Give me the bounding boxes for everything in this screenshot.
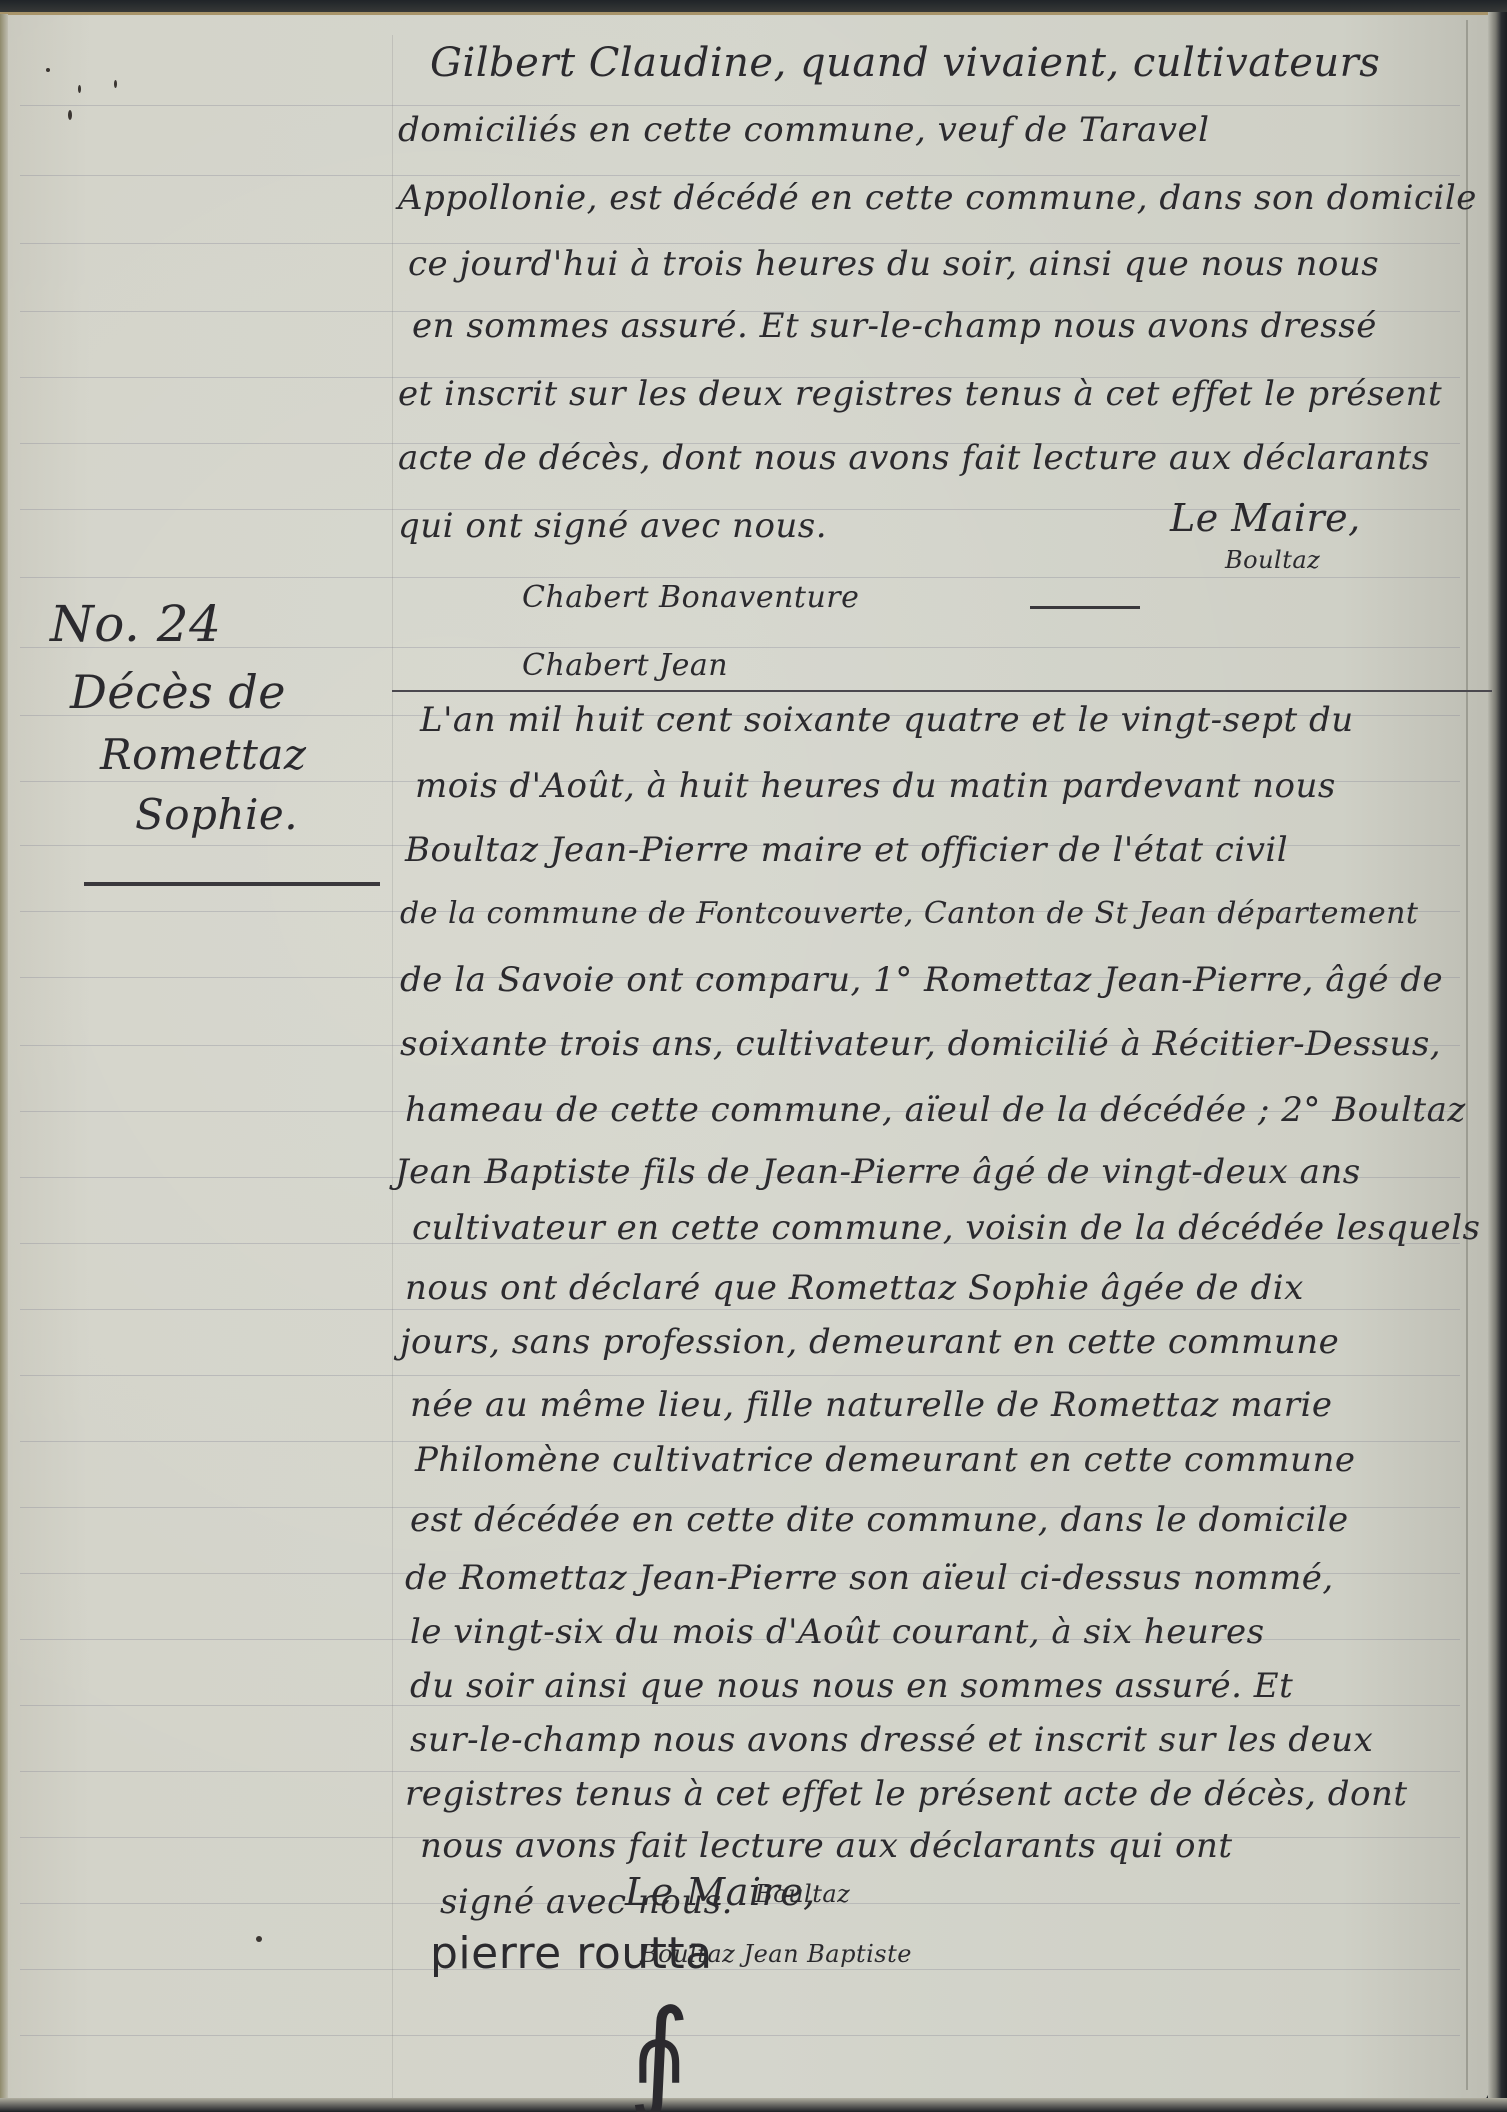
text-line: et inscrit sur les deux registres tenus … xyxy=(398,374,1442,414)
text-line: soixante trois ans, cultivateur, domicil… xyxy=(400,1024,1441,1064)
text-line: qui ont signé avec nous. xyxy=(398,506,827,546)
text-line: le vingt-six du mois d'Août courant, à s… xyxy=(410,1612,1265,1652)
margin-title-line-3: Sophie. xyxy=(135,790,298,839)
act-number: No. 24 xyxy=(50,595,221,653)
ink-speck xyxy=(78,85,81,93)
signature-witness-2: Chabert Jean xyxy=(522,648,728,683)
text-line: nous ont déclaré que Romettaz Sophie âgé… xyxy=(405,1268,1304,1308)
text-line: Philomène cultivatrice demeurant en cett… xyxy=(415,1440,1355,1480)
margin-underline xyxy=(84,882,380,886)
text-line: mois d'Août, à huit heures du matin pard… xyxy=(415,766,1336,806)
book-right-edge xyxy=(1488,12,1507,2112)
ink-speck xyxy=(256,1936,262,1942)
closing-flourish-icon: ⨙ xyxy=(628,1995,691,2112)
text-line: en sommes assuré. Et sur-le-champ nous a… xyxy=(412,306,1377,346)
signature-mayor: Boultaz xyxy=(755,1880,850,1908)
act-separator xyxy=(392,690,1492,692)
text-line: Jean Baptiste fils de Jean-Pierre âgé de… xyxy=(395,1152,1361,1192)
ink-speck xyxy=(114,80,117,88)
text-line: hameau de cette commune, aïeul de la déc… xyxy=(405,1090,1466,1130)
text-line: nous avons fait lecture aux déclarants q… xyxy=(420,1826,1233,1866)
ink-speck xyxy=(46,68,50,72)
page-left-edge xyxy=(0,14,8,2104)
margin-title-line-2: Romettaz xyxy=(100,730,307,779)
text-line: ce jourd'hui à trois heures du soir, ain… xyxy=(408,244,1379,284)
ink-speck xyxy=(68,110,72,120)
text-line: de la Savoie ont comparu, 1° Romettaz Je… xyxy=(400,960,1443,1000)
text-line: de Romettaz Jean-Pierre son aïeul ci-des… xyxy=(405,1558,1334,1598)
signature-flourish xyxy=(1030,606,1140,609)
text-line: registres tenus à cet effet le présent a… xyxy=(405,1774,1408,1814)
text-line: domiciliés en cette commune, veuf de Tar… xyxy=(398,110,1210,150)
book-bottom-edge xyxy=(0,2098,1507,2112)
text-line: née au même lieu, fille naturelle de Rom… xyxy=(410,1385,1332,1425)
text-line: L'an mil huit cent soixante quatre et le… xyxy=(420,700,1354,740)
text-line: jours, sans profession, demeurant en cet… xyxy=(400,1322,1339,1362)
text-line: sur-le-champ nous avons dressé et inscri… xyxy=(410,1720,1373,1760)
margin-title-line-1: Décès de xyxy=(70,665,286,719)
signature-witness-1: Chabert Bonaventure xyxy=(522,580,859,615)
text-line: du soir ainsi que nous nous en sommes as… xyxy=(410,1666,1293,1706)
text-line: est décédée en cette dite commune, dans … xyxy=(410,1500,1349,1540)
text-line: Boultaz Jean-Pierre maire et officier de… xyxy=(405,830,1288,870)
text-line: de la commune de Fontcouverte, Canton de… xyxy=(400,896,1419,931)
signature-mayor: Boultaz xyxy=(1225,546,1320,574)
text-line: Appollonie, est décédé en cette commune,… xyxy=(398,178,1477,218)
text-line: cultivateur en cette commune, voisin de … xyxy=(412,1208,1480,1248)
mayor-label: Le Maire, xyxy=(1170,496,1361,540)
page-fold xyxy=(1466,20,1468,2090)
text-line: Gilbert Claudine, quand vivaient, cultiv… xyxy=(430,40,1380,86)
signature-witness-2: Boultaz Jean Baptiste xyxy=(640,1940,912,1968)
text-line: acte de décès, dont nous avons fait lect… xyxy=(398,438,1430,478)
margin-rule xyxy=(392,35,393,2105)
